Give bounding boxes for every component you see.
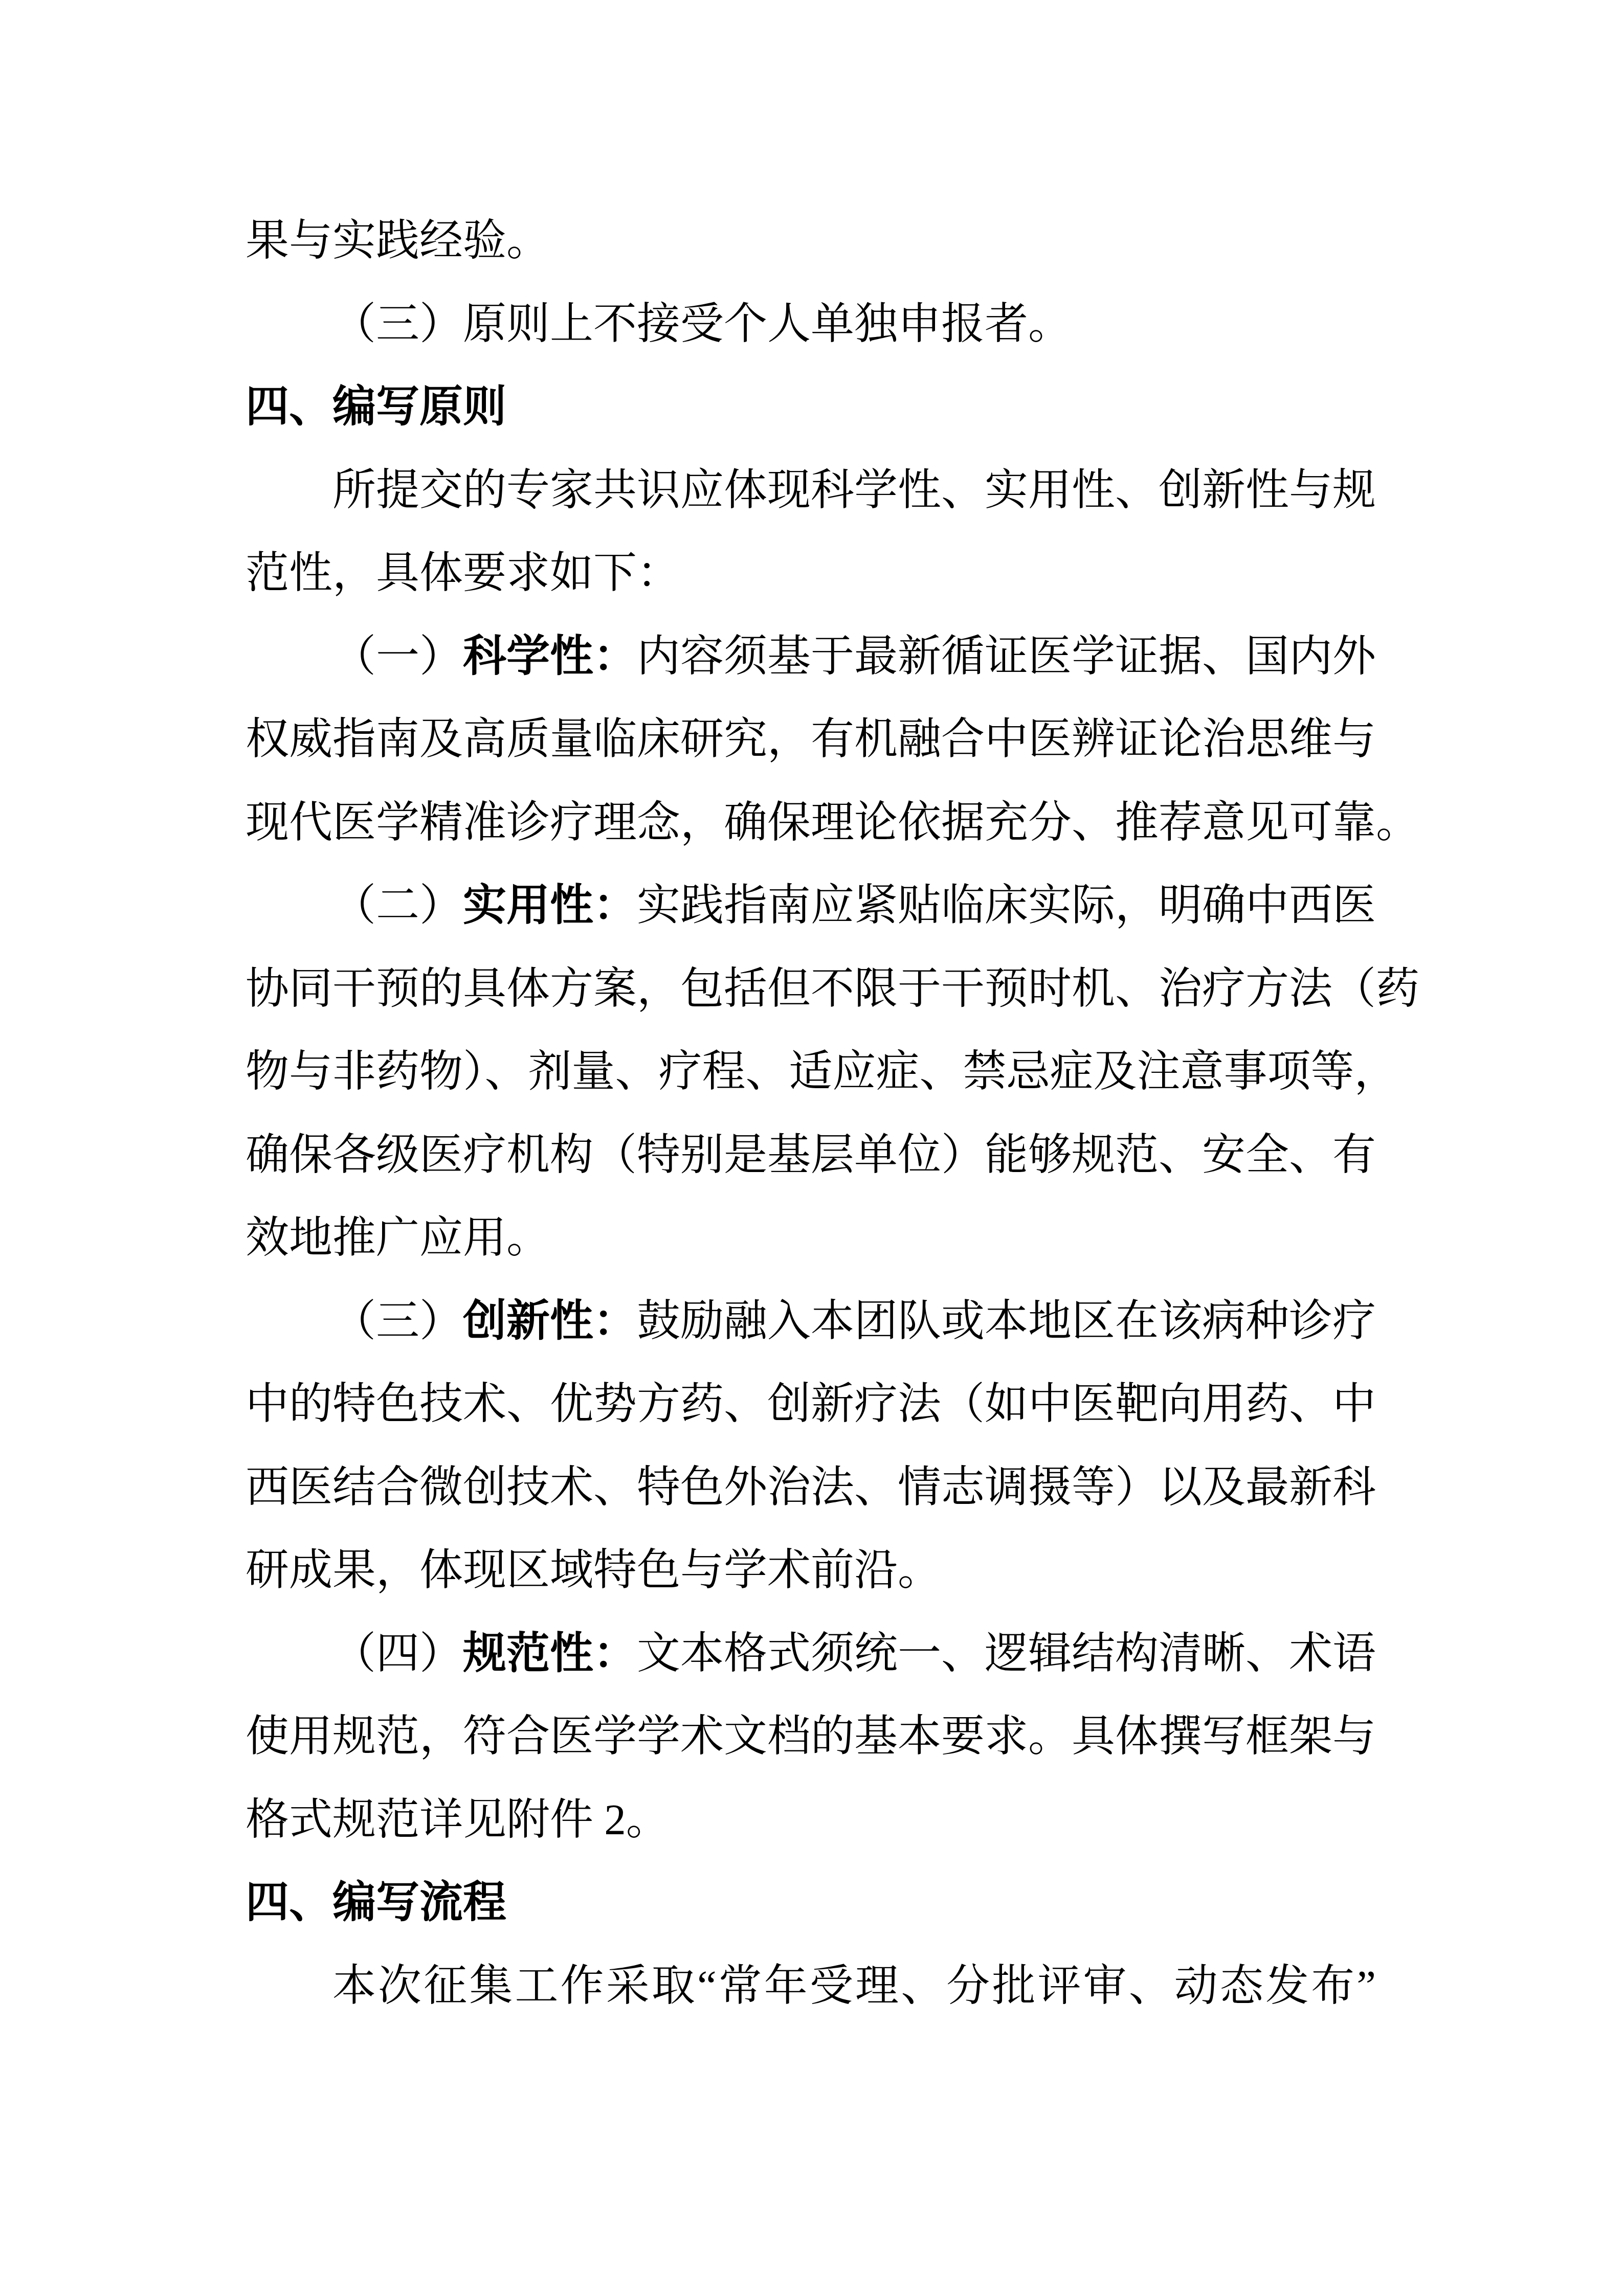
text-segment: 协同干预的具体方案，包括但不限于干预时机、治疗方法（药: [246, 965, 1419, 1013]
text-segment: 格式规范详见附件 2。: [246, 1796, 670, 1844]
text-line-18: （四）规范性：文本格式须统一、逻辑结构清晰、术语: [246, 1612, 1376, 1696]
text-segment: 中的特色技术、优势方药、创新疗法（如中医靶向用药、中: [246, 1380, 1376, 1428]
bold-term: 四、编写原则: [246, 383, 506, 431]
bold-term: 四、编写流程: [246, 1879, 506, 1927]
text-segment: 内容须基于最新循证医学证据、国内外: [637, 633, 1376, 681]
text-line-2: （三）原则上不接受个人单独申报者。: [246, 283, 1376, 366]
text-line-7: 权威指南及高质量临床研究，有机融合中医辨证论治思维与: [246, 698, 1376, 781]
bold-term: 科学性：: [463, 633, 637, 681]
text-line-15: 中的特色技术、优势方药、创新疗法（如中医靶向用药、中: [246, 1363, 1376, 1446]
text-line-3: 四、编写原则: [246, 366, 1376, 449]
text-line-1: 果与实践经验。: [246, 199, 1376, 283]
text-segment: 本次征集工作采取“常年受理、分批评审、动态发布”: [332, 1962, 1376, 2010]
text-segment: （三）原则上不接受个人单独申报者。: [332, 300, 1072, 348]
text-line-16: 西医结合微创技术、特色外治法、情志调摄等）以及最新科: [246, 1446, 1376, 1529]
text-line-11: 物与非药物）、剂量、疗程、适应症、禁忌症及注意事项等，: [246, 1030, 1376, 1114]
text-line-8: 现代医学精准诊疗理念，确保理论依据充分、推荐意见可靠。: [246, 781, 1376, 865]
text-line-17: 研成果，体现区域特色与学术前沿。: [246, 1529, 1376, 1612]
text-segment: 现代医学精准诊疗理念，确保理论依据充分、推荐意见可靠。: [246, 799, 1419, 847]
text-segment: 所提交的专家共识应体现科学性、实用性、创新性与规: [332, 466, 1376, 514]
text-segment: 实践指南应紧贴临床实际，明确中西医: [637, 882, 1376, 930]
bold-term: 实用性：: [463, 882, 637, 930]
text-line-4: 所提交的专家共识应体现科学性、实用性、创新性与规: [246, 449, 1376, 532]
text-block: 果与实践经验。（三）原则上不接受个人单独申报者。四、编写原则所提交的专家共识应体…: [246, 199, 1376, 2028]
text-line-9: （二）实用性：实践指南应紧贴临床实际，明确中西医: [246, 864, 1376, 948]
text-segment: 范性，具体要求如下：: [246, 549, 680, 597]
bold-term: 规范性：: [463, 1630, 637, 1678]
text-line-13: 效地推广应用。: [246, 1197, 1376, 1280]
text-segment: 鼓励融入本团队或本地区在该病种诊疗: [637, 1297, 1376, 1345]
text-segment: （四）: [332, 1630, 463, 1678]
text-line-20: 格式规范详见附件 2。: [246, 1779, 1376, 1862]
text-segment: 效地推广应用。: [246, 1214, 550, 1262]
text-segment: 文本格式须统一、逻辑结构清晰、术语: [637, 1630, 1376, 1678]
text-line-19: 使用规范，符合医学学术文档的基本要求。具体撰写框架与: [246, 1695, 1376, 1779]
text-segment: 研成果，体现区域特色与学术前沿。: [246, 1546, 941, 1594]
text-line-21: 四、编写流程: [246, 1861, 1376, 1945]
text-segment: （二）: [332, 882, 463, 930]
text-segment: 西医结合微创技术、特色外治法、情志调摄等）以及最新科: [246, 1464, 1376, 1512]
text-segment: （三）: [332, 1297, 463, 1345]
text-segment: 使用规范，符合医学学术文档的基本要求。具体撰写框架与: [246, 1713, 1376, 1761]
text-line-10: 协同干预的具体方案，包括但不限于干预时机、治疗方法（药: [246, 948, 1376, 1031]
document-page: 果与实践经验。（三）原则上不接受个人单独申报者。四、编写原则所提交的专家共识应体…: [0, 0, 1624, 2296]
text-line-6: （一）科学性：内容须基于最新循证医学证据、国内外: [246, 615, 1376, 699]
text-segment: 果与实践经验。: [246, 217, 550, 265]
text-line-22: 本次征集工作采取“常年受理、分批评审、动态发布”: [246, 1945, 1376, 2028]
text-line-12: 确保各级医疗机构（特别是基层单位）能够规范、安全、有: [246, 1114, 1376, 1197]
text-segment: 物与非药物）、剂量、疗程、适应症、禁忌症及注意事项等，: [246, 1048, 1398, 1096]
text-segment: 确保各级医疗机构（特别是基层单位）能够规范、安全、有: [246, 1131, 1376, 1179]
text-segment: （一）: [332, 633, 463, 681]
text-line-14: （三）创新性：鼓励融入本团队或本地区在该病种诊疗: [246, 1280, 1376, 1363]
text-segment: 权威指南及高质量临床研究，有机融合中医辨证论治思维与: [246, 715, 1376, 763]
text-line-5: 范性，具体要求如下：: [246, 532, 1376, 615]
bold-term: 创新性：: [463, 1297, 637, 1345]
